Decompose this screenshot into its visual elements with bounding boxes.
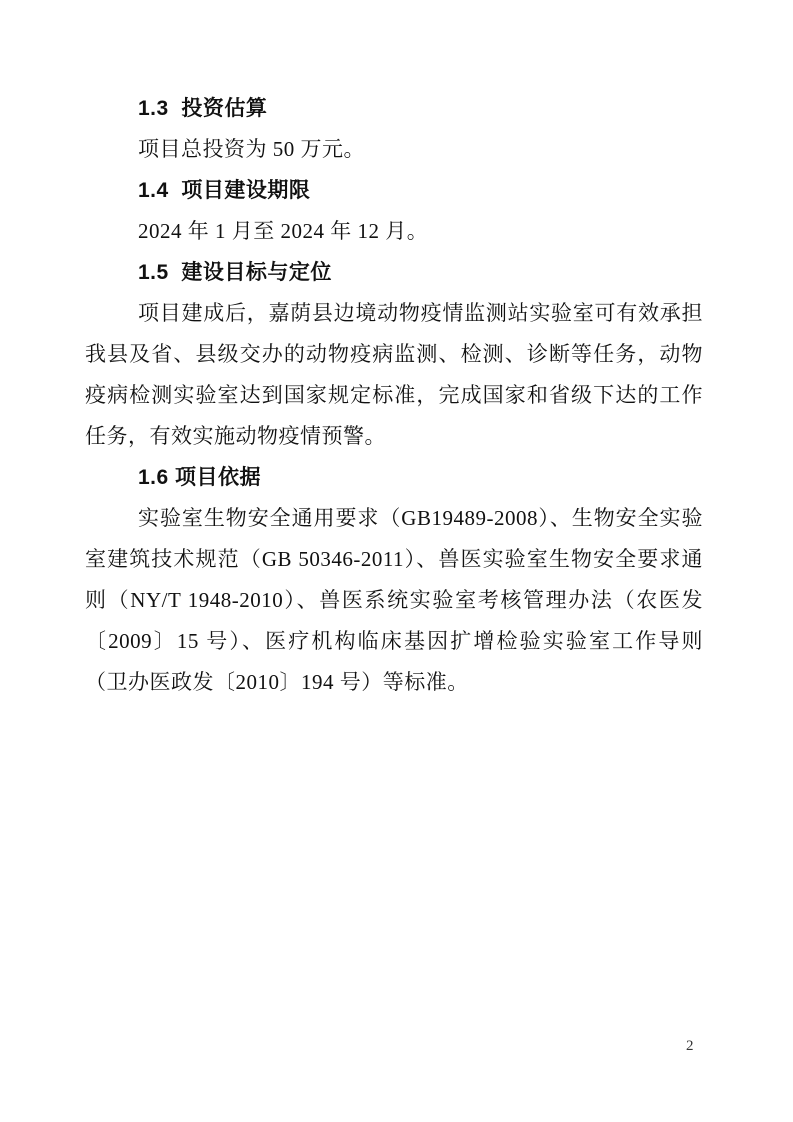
- section-heading-1-4: 1.4 项目建设期限: [85, 170, 703, 211]
- section-paragraph-construction-period: 2024 年 1 月至 2024 年 12 月。: [85, 211, 703, 252]
- section-paragraph-project-basis: 实验室生物安全通用要求（GB19489-2008）、生物安全实验室建筑技术规范（…: [85, 498, 703, 703]
- section-paragraph-goals-positioning: 项目建成后，嘉荫县边境动物疫情监测站实验室可有效承担我县及省、县级交办的动物疫病…: [85, 293, 703, 457]
- section-heading-1-6: 1.6 项目依据: [85, 457, 703, 498]
- page-number: 2: [686, 1036, 694, 1056]
- document-body: 1.3 投资估算 项目总投资为 50 万元。 1.4 项目建设期限 2024 年…: [85, 88, 703, 703]
- document-page: 1.3 投资估算 项目总投资为 50 万元。 1.4 项目建设期限 2024 年…: [0, 0, 793, 1122]
- section-heading-1-5: 1.5 建设目标与定位: [85, 252, 703, 293]
- section-paragraph-investment-estimate: 项目总投资为 50 万元。: [85, 129, 703, 170]
- section-heading-1-3: 1.3 投资估算: [85, 88, 703, 129]
